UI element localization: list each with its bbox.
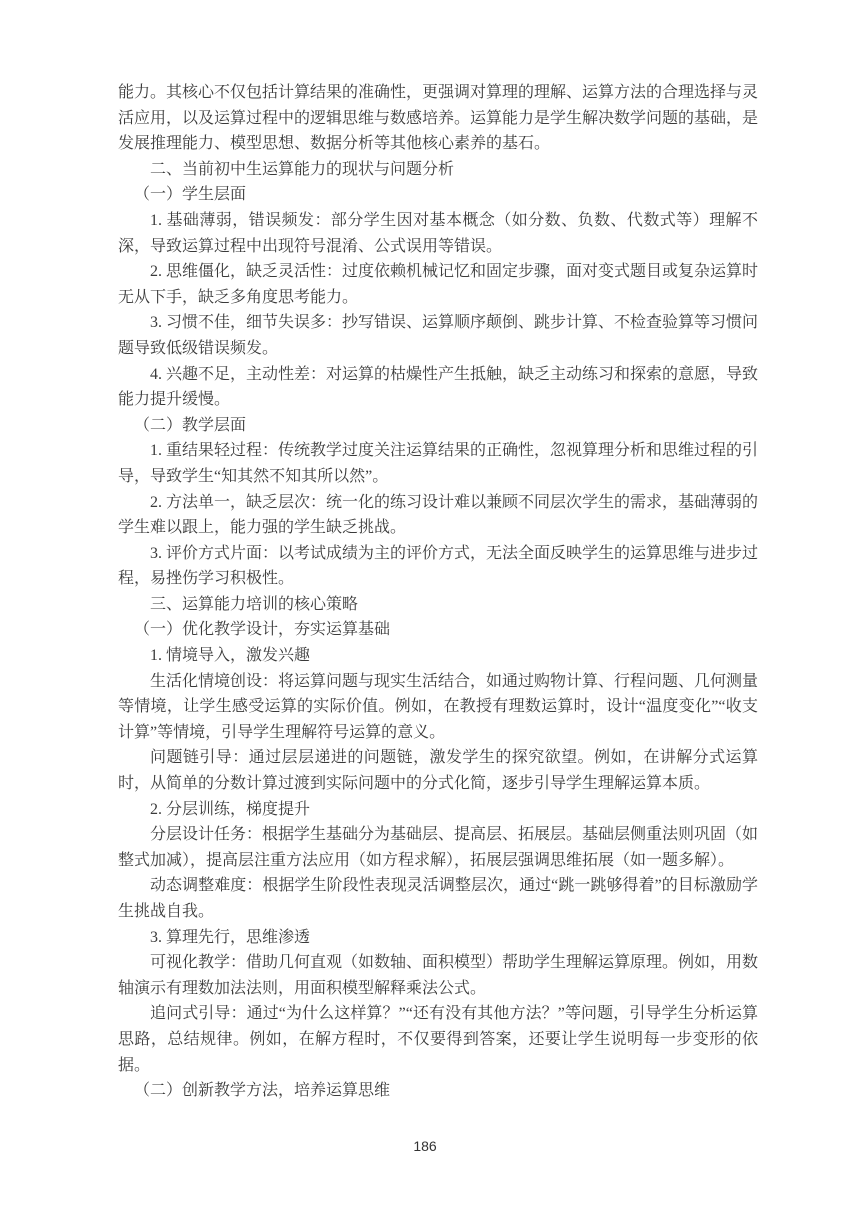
paragraph: 3. 习惯不佳，细节失误多：抄写错误、运算顺序颠倒、跳步计算、不检查验算等习惯问…	[118, 310, 758, 361]
paragraph: 三、运算能力培训的核心策略	[118, 592, 758, 618]
document-page: 能力。其核心不仅包括计算结果的准确性，更强调对算理的理解、运算方法的合理选择与灵…	[0, 0, 850, 1205]
paragraph: 1. 情境导入，激发兴趣	[118, 643, 758, 669]
paragraph: 1. 重结果轻过程：传统教学过度关注运算结果的正确性，忽视算理分析和思维过程的引…	[118, 438, 758, 489]
paragraph: （二）创新教学方法，培养运算思维	[118, 1078, 758, 1104]
paragraph: 动态调整难度：根据学生阶段性表现灵活调整层次，通过“跳一跳够得着”的目标激励学生…	[118, 873, 758, 924]
paragraph: 追问式引导：通过“为什么这样算？”“还有没有其他方法？”等问题，引导学生分析运算…	[118, 1001, 758, 1078]
paragraph: 能力。其核心不仅包括计算结果的准确性，更强调对算理的理解、运算方法的合理选择与灵…	[118, 80, 758, 157]
paragraph: 二、当前初中生运算能力的现状与问题分析	[118, 157, 758, 183]
paragraph: 可视化教学：借助几何直观（如数轴、面积模型）帮助学生理解运算原理。例如，用数轴演…	[118, 950, 758, 1001]
paragraph: 2. 思维僵化，缺乏灵活性：过度依赖机械记忆和固定步骤，面对变式题目或复杂运算时…	[118, 259, 758, 310]
document-content: 能力。其核心不仅包括计算结果的准确性，更强调对算理的理解、运算方法的合理选择与灵…	[118, 80, 758, 1104]
paragraph: 3. 算理先行，思维渗透	[118, 925, 758, 951]
paragraph: 1. 基础薄弱，错误频发：部分学生因对基本概念（如分数、负数、代数式等）理解不深…	[118, 208, 758, 259]
paragraph: （一）优化教学设计，夯实运算基础	[118, 617, 758, 643]
paragraph: （一）学生层面	[118, 182, 758, 208]
paragraph: 生活化情境创设：将运算问题与现实生活结合，如通过购物计算、行程问题、几何测量等情…	[118, 669, 758, 746]
paragraph: 3. 评价方式片面：以考试成绩为主的评价方式，无法全面反映学生的运算思维与进步过…	[118, 541, 758, 592]
paragraph: 分层设计任务：根据学生基础分为基础层、提高层、拓展层。基础层侧重法则巩固（如整式…	[118, 822, 758, 873]
paragraph: 2. 方法单一，缺乏层次：统一化的练习设计难以兼顾不同层次学生的需求，基础薄弱的…	[118, 490, 758, 541]
paragraph: 2. 分层训练，梯度提升	[118, 797, 758, 823]
paragraph: 4. 兴趣不足，主动性差：对运算的枯燥性产生抵触，缺乏主动练习和探索的意愿，导致…	[118, 362, 758, 413]
paragraph: （二）教学层面	[118, 413, 758, 439]
page-number: 186	[413, 1138, 436, 1154]
page-footer: 186	[0, 1138, 850, 1154]
paragraph: 问题链引导：通过层层递进的问题链，激发学生的探究欲望。例如，在讲解分式运算时，从…	[118, 745, 758, 796]
